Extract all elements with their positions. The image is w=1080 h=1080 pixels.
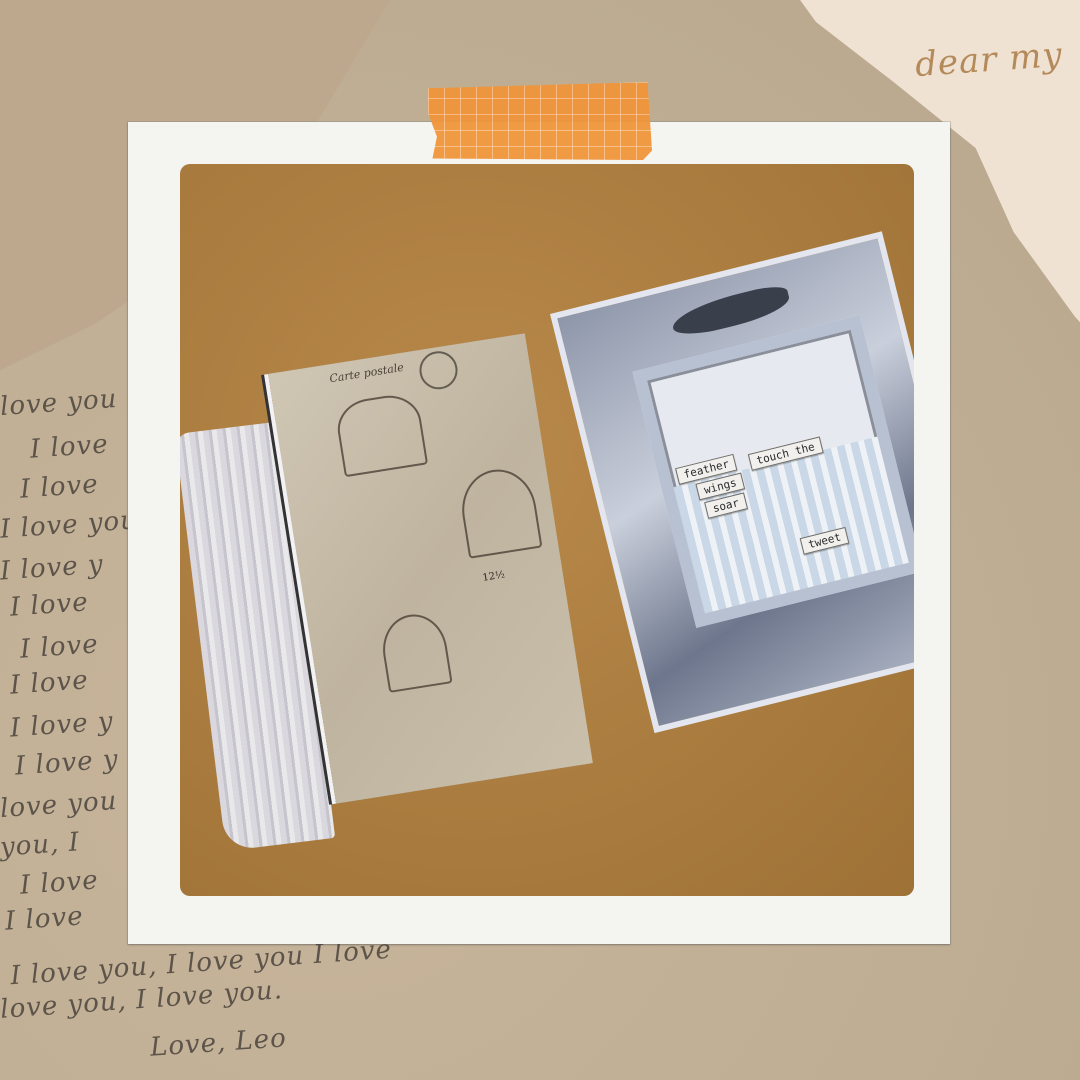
open-journal: Carte postale 12½ feather wings soar tou… bbox=[180, 164, 914, 896]
handwriting-line: I love bbox=[19, 469, 99, 504]
tag-pocket: feather wings soar touch the tweet bbox=[632, 315, 914, 628]
handwriting-line: I love bbox=[9, 587, 89, 622]
handwriting-line: I love bbox=[19, 629, 99, 664]
bird-illustration bbox=[669, 282, 793, 340]
birdcage-illustration bbox=[334, 391, 429, 477]
polaroid-frame: Carte postale 12½ feather wings soar tou… bbox=[128, 122, 950, 944]
handwriting-line: I love bbox=[29, 429, 109, 464]
handwriting-line: I love bbox=[4, 901, 84, 936]
handwriting-line: I love bbox=[19, 865, 99, 900]
birdcage-illustration bbox=[378, 610, 453, 693]
handwriting-line: you, I bbox=[0, 827, 81, 862]
birdcage-illustration bbox=[456, 464, 542, 559]
postmark-stamp bbox=[417, 349, 460, 392]
postal-text: Carte postale bbox=[329, 361, 405, 386]
handwriting-line: I love bbox=[9, 665, 89, 700]
right-page-birds: feather wings soar touch the tweet bbox=[550, 231, 914, 733]
washi-tape bbox=[428, 82, 652, 160]
page-number: 12½ bbox=[482, 570, 506, 584]
journal-photo: Carte postale 12½ feather wings soar tou… bbox=[180, 164, 914, 896]
